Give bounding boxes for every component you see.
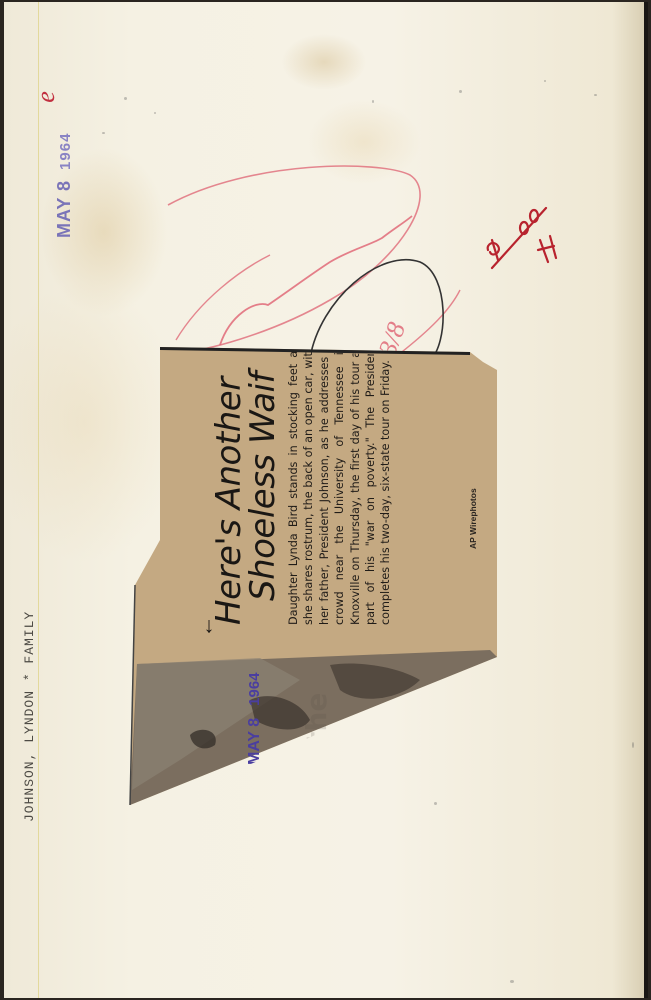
caption-body: Daughter Lynda Bird stands in stocking f… xyxy=(286,345,394,625)
headline-line-2: Shoeless Waif xyxy=(246,372,280,625)
clip-stamp-month-day: MAY 8 xyxy=(246,718,263,765)
headline: Here's Another Shoeless Waif xyxy=(212,372,280,625)
clip-stamp-year: 1964 xyxy=(246,672,263,705)
clipping-date-stamp: MAY 81964 xyxy=(246,672,264,765)
photo-credit: AP Wirephotos xyxy=(468,488,478,549)
